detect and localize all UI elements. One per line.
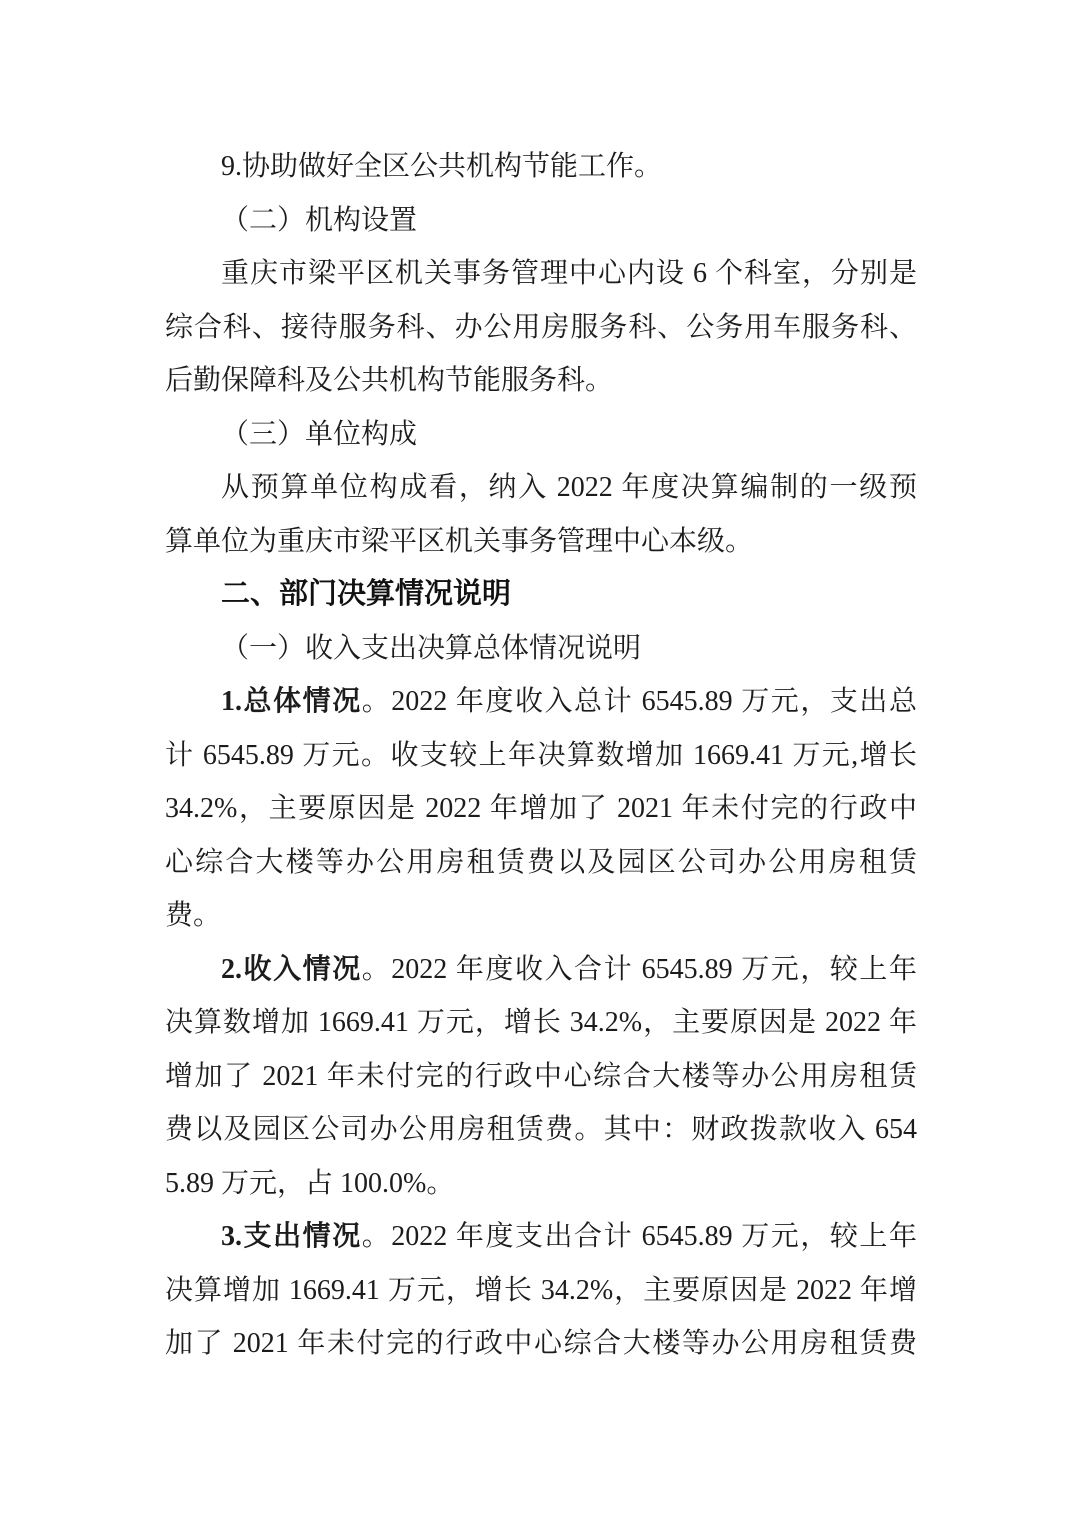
section-heading-overall-income-expenditure: （一）收入支出决算总体情况说明 — [165, 622, 917, 676]
paragraph-line-income-4: 费以及园区公司办公用房租赁费。其中：财政拨款收入 654 — [165, 1103, 917, 1157]
paragraph-line-duty-9: 9.协助做好全区公共机构节能工作。 — [165, 140, 917, 194]
paragraph-line-income-5: 5.89 万元，占 100.0%。 — [165, 1157, 917, 1211]
section-heading-org-setup: （二）机构设置 — [165, 194, 917, 248]
paragraph-line-unit-1: 从预算单位构成看，纳入 2022 年度决算编制的一级预 — [165, 461, 917, 515]
paragraph-line-org-2: 综合科、接待服务科、办公用房服务科、公务用车服务科、 — [165, 301, 917, 355]
line-text: 。2022 年度收入总计 6545.89 万元，支出总 — [362, 686, 917, 717]
line-text: 。2022 年度支出合计 6545.89 万元，较上年 — [362, 1221, 917, 1252]
document-content: 9.协助做好全区公共机构节能工作。 （二）机构设置 重庆市梁平区机关事务管理中心… — [165, 140, 917, 1371]
item-label-income: 2.收入情况 — [221, 954, 362, 985]
line-text: 。2022 年度收入合计 6545.89 万元，较上年 — [362, 954, 917, 985]
section-heading-unit-composition: （三）单位构成 — [165, 408, 917, 462]
paragraph-line-org-1: 重庆市梁平区机关事务管理中心内设 6 个科室，分别是 — [165, 247, 917, 301]
paragraph-line-overall-2: 计 6545.89 万元。收支较上年决算数增加 1669.41 万元,增长 — [165, 729, 917, 783]
paragraph-line-expenditure-1: 3.支出情况。2022 年度支出合计 6545.89 万元，较上年 — [165, 1210, 917, 1264]
paragraph-line-income-2: 决算数增加 1669.41 万元，增长 34.2%，主要原因是 2022 年 — [165, 996, 917, 1050]
paragraph-line-org-3: 后勤保障科及公共机构节能服务科。 — [165, 354, 917, 408]
item-label-overall: 1.总体情况 — [221, 686, 362, 717]
item-label-expenditure: 3.支出情况 — [221, 1221, 362, 1252]
paragraph-line-income-1: 2.收入情况。2022 年度收入合计 6545.89 万元，较上年 — [165, 943, 917, 997]
chapter-heading-final-accounts: 二、部门决算情况说明 — [165, 568, 917, 622]
document-page: 9.协助做好全区公共机构节能工作。 （二）机构设置 重庆市梁平区机关事务管理中心… — [0, 0, 1074, 1520]
paragraph-line-overall-5: 费。 — [165, 889, 917, 943]
paragraph-line-expenditure-2: 决算增加 1669.41 万元，增长 34.2%，主要原因是 2022 年增 — [165, 1264, 917, 1318]
paragraph-line-unit-2: 算单位为重庆市梁平区机关事务管理中心本级。 — [165, 515, 917, 569]
paragraph-line-overall-3: 34.2%，主要原因是 2022 年增加了 2021 年未付完的行政中 — [165, 782, 917, 836]
paragraph-line-income-3: 增加了 2021 年未付完的行政中心综合大楼等办公用房租赁 — [165, 1050, 917, 1104]
paragraph-line-overall-4: 心综合大楼等办公用房租赁费以及园区公司办公用房租赁 — [165, 836, 917, 890]
paragraph-line-expenditure-3: 加了 2021 年未付完的行政中心综合大楼等办公用房租赁费 — [165, 1317, 917, 1371]
paragraph-line-overall-1: 1.总体情况。2022 年度收入总计 6545.89 万元，支出总 — [165, 675, 917, 729]
